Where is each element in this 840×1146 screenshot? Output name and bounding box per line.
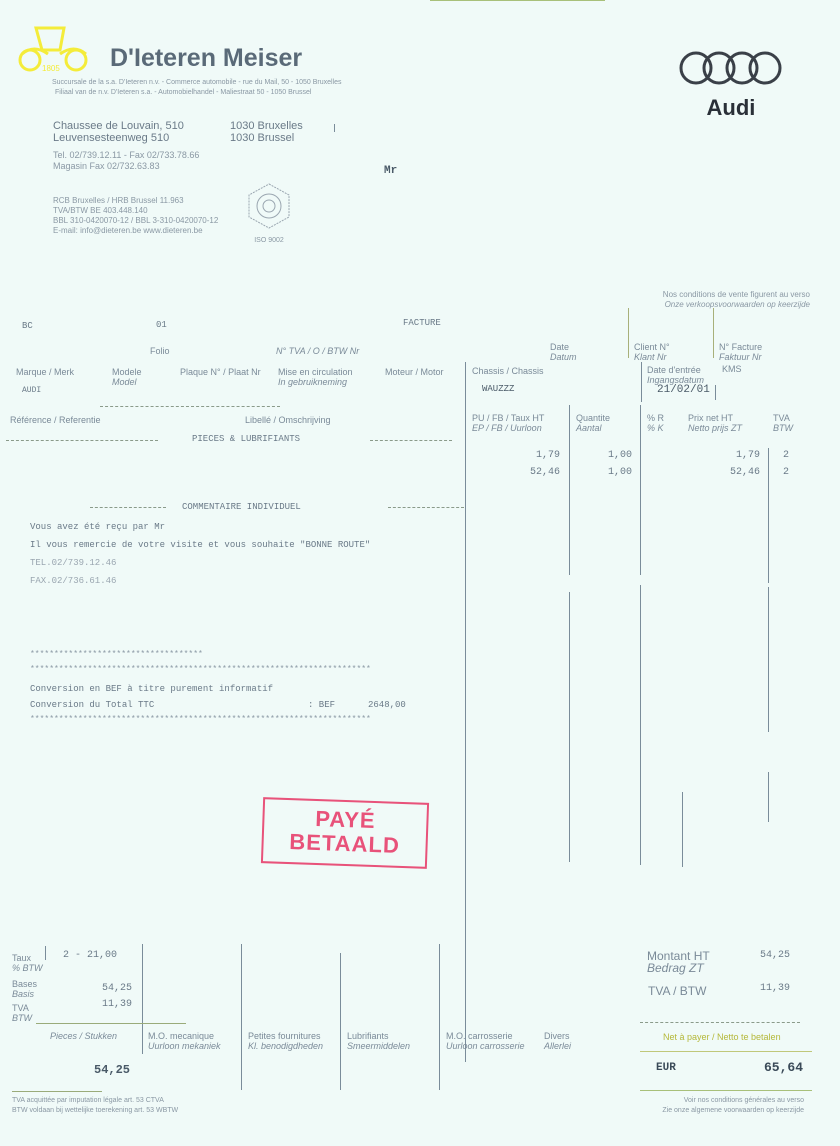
vat-total-label: TVA / BTW — [648, 984, 706, 998]
divider — [6, 440, 158, 441]
comment-lines: Vous avez été reçu par Mr Il vous remerc… — [30, 518, 370, 590]
motor-label: Moteur / Motor — [385, 367, 444, 377]
comment-title: COMMENTAIRE INDIVIDUEL — [182, 502, 301, 512]
rate-value: 2 - 21,00 — [63, 950, 117, 961]
conversion-currency: : BEF — [308, 700, 335, 710]
paid-stamp: PAYÉ BETAALD — [261, 797, 429, 869]
make-value: AUDI — [22, 386, 41, 395]
unit-price-header-fr: PU / FB / Taux HT — [472, 413, 544, 423]
date-label-fr: Date — [550, 342, 569, 352]
model-label-nl: Model — [112, 377, 142, 387]
divider — [640, 1090, 812, 1091]
row-1-net-price: 1,79 — [710, 450, 760, 461]
notice-nl: Onze verkoopsvoorwaarden op keerzijde — [642, 300, 810, 310]
quantity-header-fr: Quantite — [576, 413, 610, 423]
dieteren-logo: 1805 — [14, 24, 94, 74]
cat-5-fr: Divers — [544, 1031, 570, 1041]
column-divider — [640, 405, 641, 575]
footer-left-line: TVA acquittée par imputation légale art.… — [12, 1096, 178, 1106]
logo-year: 1805 — [42, 64, 60, 73]
comment-line: Il vous remercie de votre visite et vous… — [30, 536, 370, 554]
vat-header-fr: TVA — [773, 413, 790, 423]
divider — [334, 124, 335, 132]
invoice-number-label: N° FactureFaktuur Nr — [719, 342, 762, 362]
reference-header: Référence / Referentie — [10, 415, 101, 425]
row-2-vat: 2 — [783, 467, 789, 478]
chassis-value: WAUZZZ — [482, 384, 514, 394]
registry-line: E-mail: info@dieteren.be www.dieteren.be — [53, 226, 218, 236]
stars-short: ************************************ — [30, 650, 203, 659]
scan-edge — [430, 0, 605, 1]
net-price-header-nl: Netto prijs ZT — [688, 423, 742, 433]
vat-label-fr: TVA — [12, 1003, 29, 1013]
invoice-label-nl: Faktuur Nr — [719, 352, 762, 362]
conversion-value: 2648,00 — [368, 700, 406, 710]
audi-logo: Audi — [676, 48, 786, 120]
vat-label-nl: BTW — [12, 1013, 32, 1023]
make-label: Marque / Merk — [16, 367, 74, 377]
row-2-quantity: 1,00 — [590, 467, 632, 478]
stars-long-2: ****************************************… — [30, 715, 466, 724]
divider — [12, 1091, 102, 1092]
column-divider — [340, 953, 341, 1090]
first-reg-label-nl: In gebruikneming — [278, 377, 353, 387]
net-price-header: Prix net HTNetto prijs ZT — [688, 413, 742, 433]
date-label-nl: Datum — [550, 352, 577, 362]
quantity-header: QuantiteAantal — [576, 413, 610, 433]
category-parts-label: Pieces / Stukken — [50, 1031, 117, 1041]
base-label-nl: Basis — [12, 989, 37, 999]
comment-line: TEL.02/739.12.46 — [30, 554, 370, 572]
currency: EUR — [656, 1062, 676, 1074]
quantity-header-nl: Aantal — [576, 423, 610, 433]
rate-label-fr: Taux — [12, 953, 31, 963]
column-divider — [768, 587, 769, 732]
audi-rings-icon — [676, 48, 786, 88]
footer-left-line: BTW voldaan bij wettelijke toerekening a… — [12, 1106, 178, 1116]
cat-2-nl: Kl. benodigdheden — [248, 1041, 323, 1051]
divider — [640, 1022, 800, 1023]
column-divider — [439, 944, 440, 1090]
base-value: 54,25 — [80, 983, 132, 994]
divider — [370, 440, 452, 441]
divider — [36, 1023, 186, 1024]
invoice-label-fr: N° Facture — [719, 342, 762, 352]
divider — [628, 308, 629, 358]
customer-salutation: Mr — [384, 165, 397, 177]
vat-header-nl: BTW — [773, 423, 793, 433]
description-header: Libellé / Omschrijving — [245, 415, 331, 425]
plate-label: Plaque N° / Plaat Nr — [180, 367, 261, 377]
registry-block: RCB Bruxelles / HRB Brussel 11.963 TVA/B… — [53, 196, 218, 236]
vat-header: TVABTW — [773, 413, 793, 433]
city-fr: 1030 Bruxelles — [230, 120, 303, 132]
net-price-header-fr: Prix net HT — [688, 413, 733, 423]
divider — [100, 406, 280, 407]
document-type: FACTURE — [403, 318, 441, 328]
row-1-quantity: 1,00 — [590, 450, 632, 461]
footer-left: TVA acquittée par imputation légale art.… — [12, 1096, 178, 1116]
category-lubricants: LubrifiantsSmeermiddelen — [347, 1031, 410, 1051]
category-misc: DiversAllerlei — [544, 1031, 571, 1051]
stamp-line-2: BETAALD — [263, 829, 426, 859]
column-divider — [569, 592, 570, 862]
comment-line: Vous avez été reçu par Mr — [30, 518, 370, 536]
column-divider — [640, 585, 641, 865]
column-divider — [465, 362, 466, 1062]
column-divider — [142, 944, 143, 1054]
magasin-fax: Magasin Fax 02/732.63.83 — [53, 161, 199, 172]
category-small-supplies: Petites fournituresKl. benodigdheden — [248, 1031, 323, 1051]
base-label: BasesBasis — [12, 979, 37, 999]
cat-4-nl: Uurloon carrosserie — [446, 1041, 525, 1051]
company-subtitle-2: Filiaal van de n.v. D'Ieteren s.a. - Aut… — [55, 88, 311, 98]
column-divider — [45, 946, 46, 960]
category-labor-body: M.O. carrosserieUurloon carrosserie — [446, 1031, 525, 1051]
notice-fr: Nos conditions de vente figurent au vers… — [642, 290, 810, 300]
row-1-unit-price: 1,79 — [500, 450, 560, 461]
first-reg-label-fr: Mise en circulation — [278, 367, 353, 377]
tel-fax: Tel. 02/739.12.11 - Fax 02/733.78.66 — [53, 150, 199, 161]
vat-total-value: 11,39 — [760, 983, 790, 994]
discount-header-fr: % R — [647, 413, 664, 423]
model-label: ModeleModel — [112, 367, 142, 387]
footer-right: Voir nos conditions générales au verso Z… — [640, 1096, 804, 1116]
cat-1-fr: M.O. mecanique — [148, 1031, 214, 1041]
stars-long-1: ****************************************… — [30, 665, 466, 674]
net-to-pay-label: Net à payer / Netto te betalen — [663, 1032, 781, 1042]
row-1-vat: 2 — [783, 450, 789, 461]
audi-wordmark: Audi — [676, 95, 786, 121]
column-divider — [641, 362, 642, 402]
row-2-net-price: 52,46 — [710, 467, 760, 478]
address-block: Chaussee de Louvain, 510 Leuvensesteenwe… — [53, 120, 184, 144]
registry-line: BBL 310-0420070-12 / BBL 3-310-0420070-1… — [53, 216, 218, 226]
column-divider — [768, 448, 769, 583]
contact-block: Tel. 02/739.12.11 - Fax 02/733.78.66 Mag… — [53, 150, 199, 172]
conversion-label: Conversion du Total TTC — [30, 700, 154, 710]
cat-1-nl: Uurloon mekaniek — [148, 1041, 221, 1051]
cat-5-nl: Allerlei — [544, 1041, 571, 1051]
entry-date-label: Date d'entréeIngangsdatum — [647, 365, 704, 385]
folio-label: Folio — [150, 346, 170, 356]
divider — [640, 1051, 812, 1052]
city-nl: 1030 Brussel — [230, 132, 303, 144]
divider — [90, 507, 166, 508]
address-fr: Chaussee de Louvain, 510 — [53, 120, 184, 132]
iso-logo: ISO 9002 — [244, 180, 294, 240]
divider — [713, 308, 714, 358]
bc-label: BC — [22, 321, 33, 331]
amount-ht-label-nl: Bedrag ZT — [647, 962, 710, 974]
net-to-pay-value: 65,64 — [764, 1060, 803, 1075]
cat-3-nl: Smeermiddelen — [347, 1041, 410, 1051]
column-divider — [241, 944, 242, 1090]
category-parts-value: 54,25 — [94, 1063, 130, 1077]
registry-line: TVA/BTW BE 403.448.140 — [53, 206, 218, 216]
column-divider — [715, 385, 716, 400]
vat-number-label: N° TVA / O / BTW Nr — [276, 346, 359, 356]
entry-date-label-fr: Date d'entrée — [647, 365, 701, 375]
amount-ht-label: Montant HT Bedrag ZT — [647, 950, 710, 974]
company-name: D'Ieteren Meiser — [110, 44, 302, 73]
entry-date-value: 21/02/01 — [657, 384, 710, 396]
discount-header: % R% K — [647, 413, 664, 433]
registry-line: RCB Bruxelles / HRB Brussel 11.963 — [53, 196, 218, 206]
column-divider — [682, 792, 683, 867]
cat-3-fr: Lubrifiants — [347, 1031, 389, 1041]
comment-line: FAX.02/736.61.46 — [30, 572, 370, 590]
kms-label: KMS — [722, 364, 742, 374]
vat-label: TVABTW — [12, 1003, 32, 1023]
city-block: 1030 Bruxelles 1030 Brussel — [230, 120, 303, 144]
chassis-label: Chassis / Chassis — [472, 366, 544, 376]
company-subtitle-1: Succursale de la s.a. D'Ieteren n.v. - C… — [52, 78, 342, 88]
rate-label: Taux% BTW — [12, 953, 43, 973]
amount-ht-value: 54,25 — [760, 950, 790, 961]
cat-2-fr: Petites fournitures — [248, 1031, 321, 1041]
footer-right-line: Zie onze algemene voorwaarden op keerzij… — [640, 1106, 804, 1116]
unit-price-header-nl: EP / FB / Uurloon — [472, 423, 544, 433]
cat-4-fr: M.O. carrosserie — [446, 1031, 513, 1041]
section-title: PIECES & LUBRIFIANTS — [192, 434, 300, 444]
column-divider — [569, 405, 570, 575]
conditions-notice: Nos conditions de vente figurent au vers… — [642, 290, 810, 310]
date-label: DateDatum — [550, 342, 577, 362]
client-label-fr: Client N° — [634, 342, 670, 352]
conversion-note: Conversion en BEF à titre purement infor… — [30, 684, 273, 694]
footer-right-line: Voir nos conditions générales au verso — [640, 1096, 804, 1106]
category-labor-mechanic: M.O. mecaniqueUurloon mekaniek — [148, 1031, 221, 1051]
base-label-fr: Bases — [12, 979, 37, 989]
address-nl: Leuvensesteenweg 510 — [53, 132, 184, 144]
divider — [388, 507, 464, 508]
client-number-label: Client N°Klant Nr — [634, 342, 670, 362]
rate-label-nl: % BTW — [12, 963, 43, 973]
client-label-nl: Klant Nr — [634, 352, 670, 362]
hex-nut-icon — [244, 180, 294, 232]
iso-label: ISO 9002 — [244, 237, 294, 244]
first-registration-label: Mise en circulationIn gebruikneming — [278, 367, 353, 387]
vat-value: 11,39 — [80, 999, 132, 1010]
unit-price-header: PU / FB / Taux HTEP / FB / Uurloon — [472, 413, 544, 433]
bc-value: 01 — [156, 320, 167, 330]
column-divider — [768, 772, 769, 822]
row-2-unit-price: 52,46 — [500, 467, 560, 478]
discount-header-nl: % K — [647, 423, 664, 433]
model-label-fr: Modele — [112, 367, 142, 377]
